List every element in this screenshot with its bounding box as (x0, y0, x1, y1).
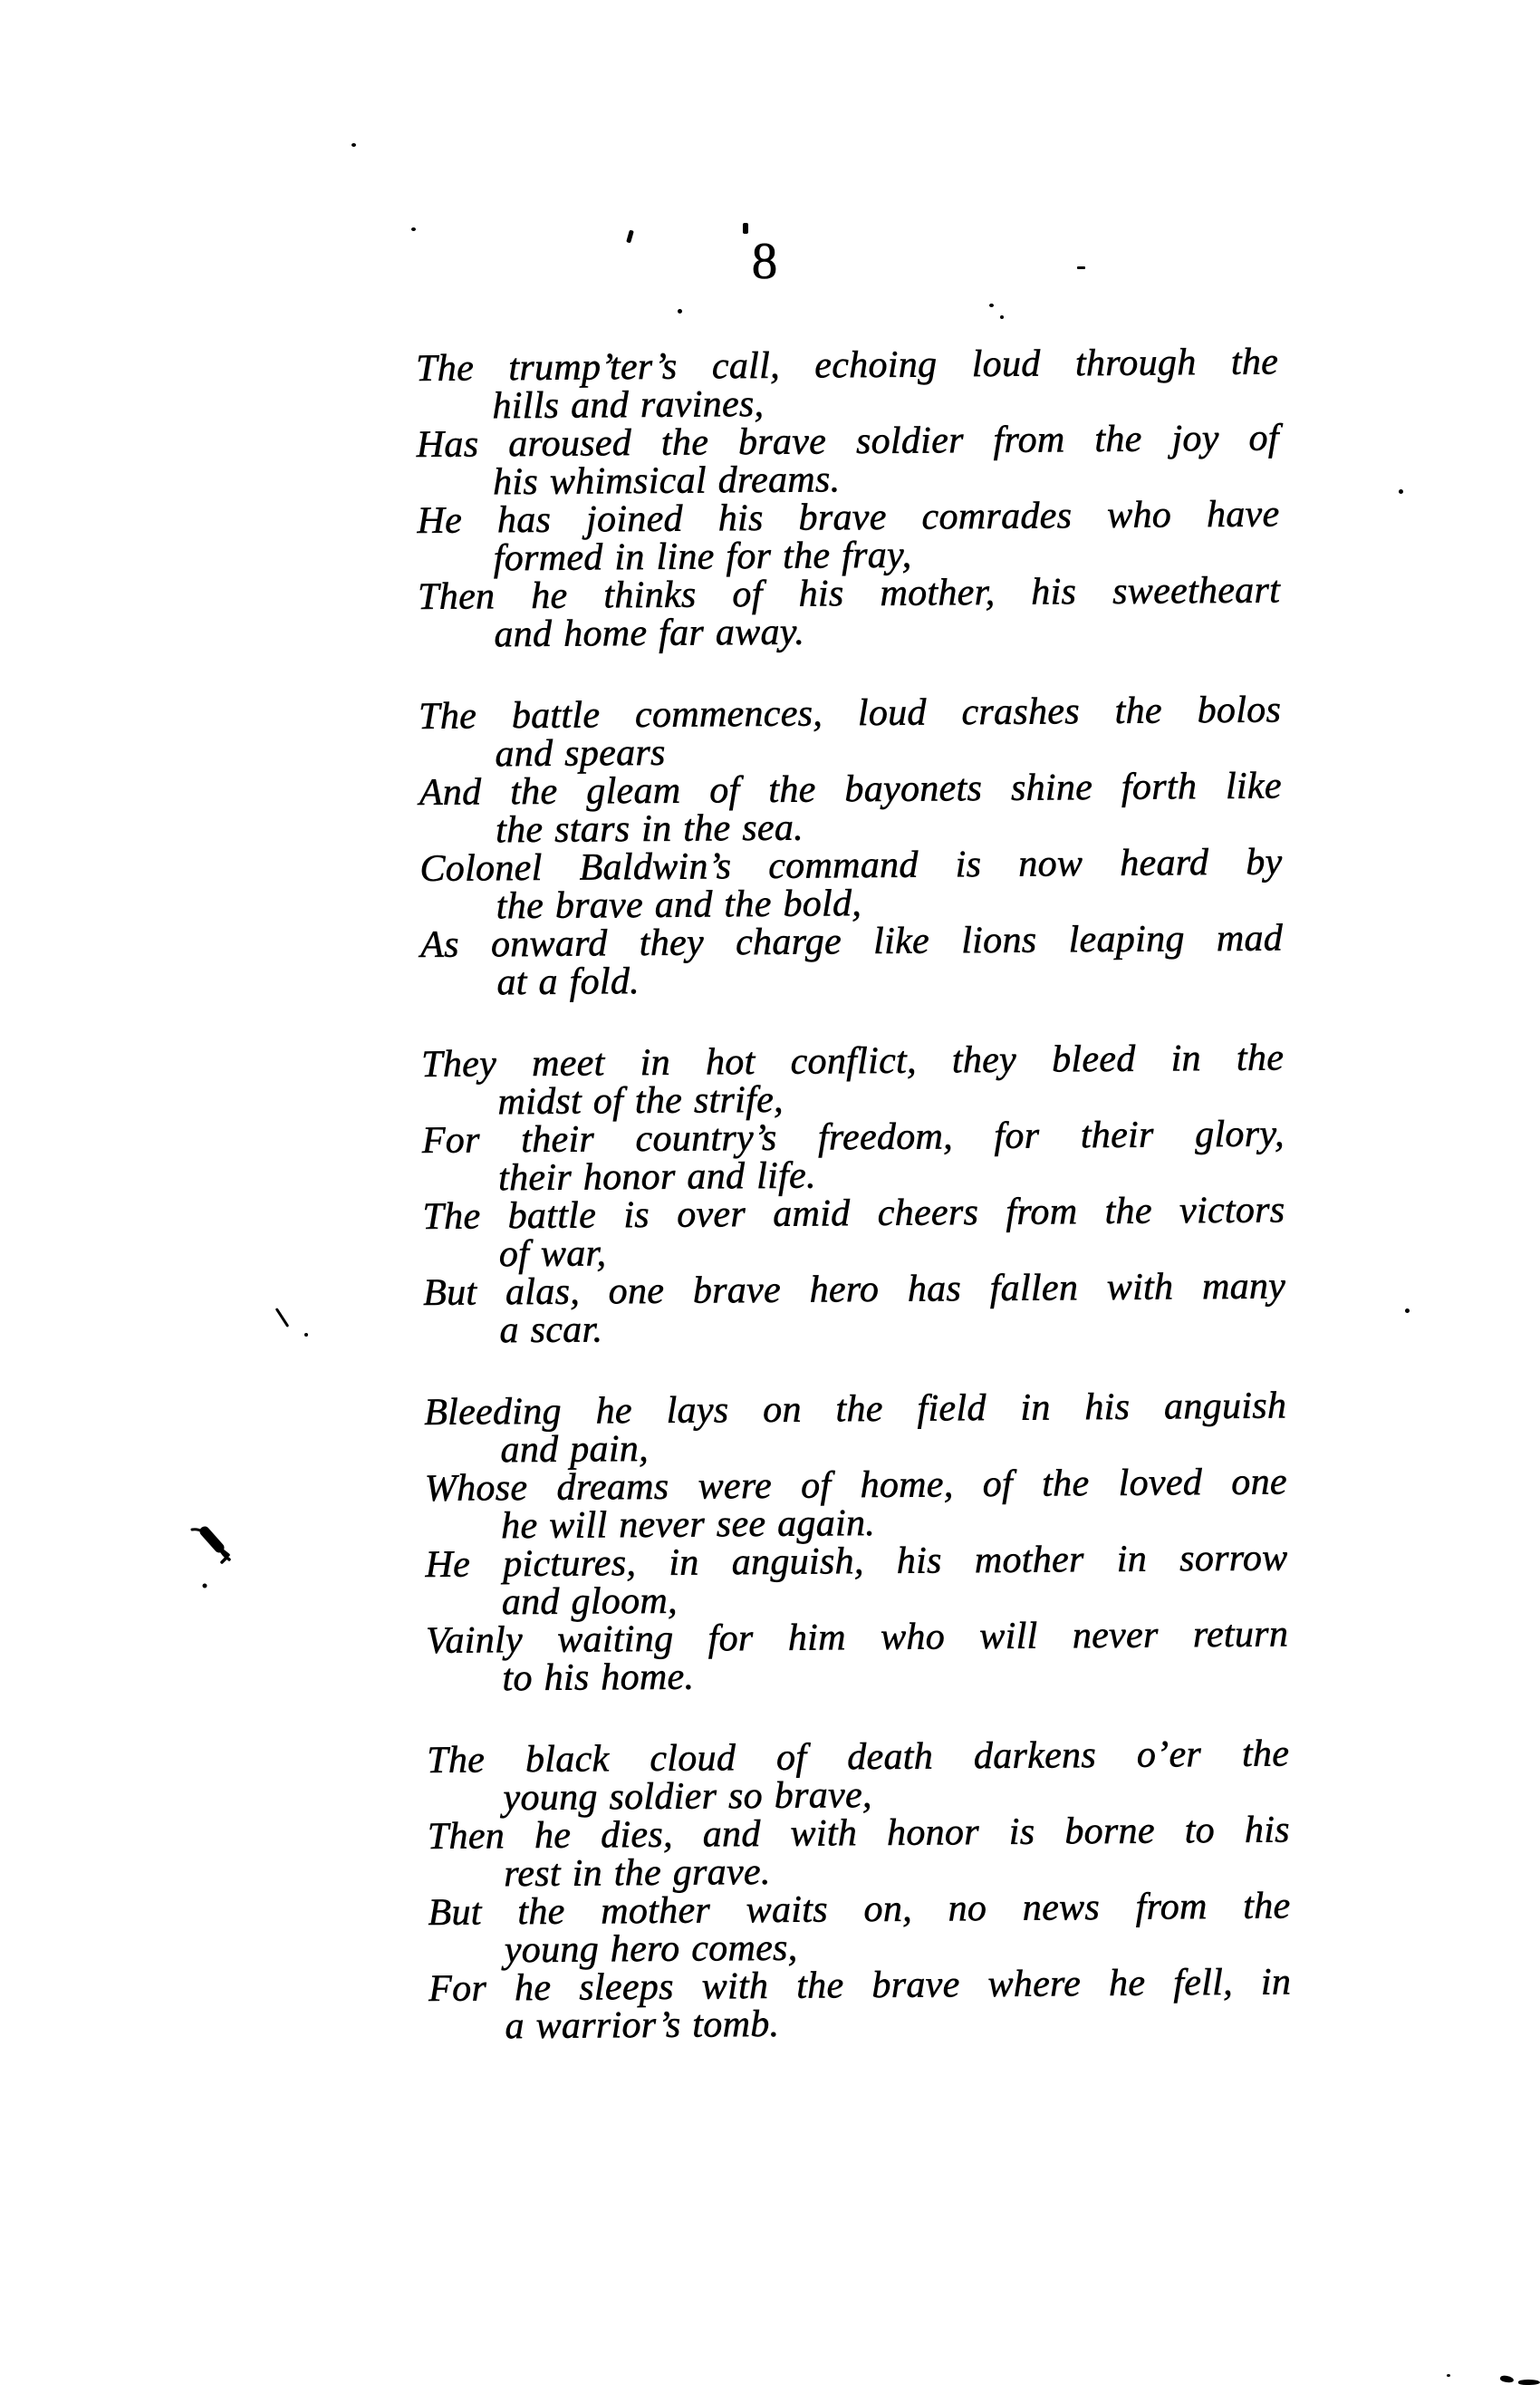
verse-line-first: For their country’s freedom, for their g… (422, 1115, 1285, 1159)
verse-line-first: But alas, one brave hero has fallen with… (423, 1267, 1285, 1311)
ink-speck (351, 143, 356, 147)
ink-speck (304, 1333, 308, 1337)
ink-blot (174, 1511, 246, 1598)
ink-speck (1447, 2374, 1450, 2377)
verse-line-first: Then he thinks of his mother, his sweeth… (418, 572, 1280, 616)
verse-line-first: Colonel Baldwin’s command is now heard b… (419, 844, 1282, 888)
stanza-1: The trump’ter’s call, echoing loud throu… (416, 343, 1281, 654)
verse-line-first: For he sleeps with the brave where he fe… (428, 1963, 1291, 2007)
stanza-2: The battle commences, loud crashes the b… (419, 691, 1284, 1002)
corner-smudge (1500, 2375, 1515, 2383)
verse-line-first: Vainly waiting for him who will never re… (426, 1615, 1288, 1659)
ink-scratch (275, 1308, 290, 1328)
verse-line-first: The black cloud of death darkens o’er th… (427, 1734, 1289, 1779)
ink-speck (678, 309, 682, 314)
verse-line-first: He pictures, in anguish, his mother in s… (425, 1539, 1287, 1583)
ink-speck (1399, 489, 1403, 494)
ink-speck (989, 304, 994, 307)
ink-speck (1077, 266, 1085, 269)
stanza-3: They meet in hot conflict, they bleed in… (421, 1038, 1286, 1349)
verse-line-first: And the gleam of the bayonets shine fort… (419, 768, 1282, 812)
ink-speck (626, 230, 634, 244)
verse-line-first: As onward they charge like lions leaping… (420, 920, 1283, 964)
scanned-page: 8 The trump’ter’s call, echoing loud thr… (0, 0, 1540, 2385)
verse-line-first: But the mother waits on, no news from th… (428, 1887, 1290, 1931)
poem: The trump’ter’s call, echoing loud throu… (416, 343, 1292, 2090)
ink-speck (411, 227, 416, 231)
verse-line-first: The battle is over amid cheers from the … (422, 1191, 1285, 1235)
ink-speck (743, 223, 748, 234)
verse-line-continuation: and home far away. (418, 610, 1280, 654)
verse-line-first: The battle commences, loud crashes the b… (419, 691, 1281, 736)
verse-line-first: Then he dies, and with honor is borne to… (428, 1810, 1290, 1855)
verse-line-continuation: a warrior’s tomb. (428, 2001, 1291, 2045)
verse-line-continuation: at a fold. (420, 958, 1283, 1002)
verse-line-first: Has aroused the brave soldier from the j… (417, 420, 1279, 464)
verse-line-first: They meet in hot conflict, they bleed in… (421, 1038, 1284, 1083)
verse-line-first: He has joined his brave comrades who hav… (417, 496, 1279, 540)
ink-speck (1000, 315, 1004, 319)
ink-speck (1405, 1308, 1410, 1313)
stanza-4: Bleeding he lays on the field in his ang… (424, 1386, 1289, 1697)
corner-smudge (1518, 2380, 1540, 2385)
page-number: 8 (730, 234, 799, 290)
verse-line-continuation: to his home. (426, 1653, 1288, 1697)
verse-line-first: The trump’ter’s call, echoing loud throu… (416, 343, 1278, 388)
verse-line-first: Bleeding he lays on the field in his ang… (424, 1386, 1286, 1431)
stanza-5: The black cloud of death darkens o’er th… (427, 1734, 1292, 2045)
verse-line-first: Whose dreams were of home, of the loved … (425, 1463, 1287, 1507)
verse-line-continuation: a scar. (423, 1305, 1285, 1349)
